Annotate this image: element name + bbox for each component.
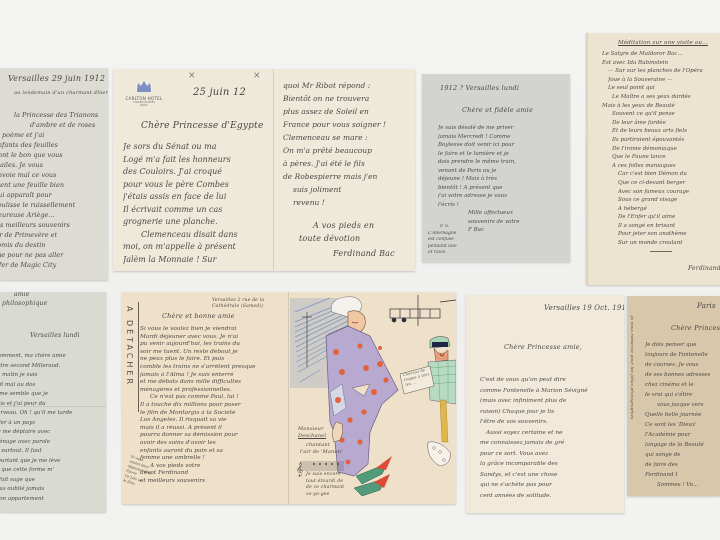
handwritten-line: Clemenceau se mare : — [283, 131, 413, 144]
handwritten-line: venant de Paris ou je — [438, 167, 566, 176]
handwritten-line: heureuse Ariège... — [0, 210, 108, 220]
margin-line: pour les jolies — [630, 355, 635, 386]
handwritten-line: De l'ironie démoniaque — [612, 145, 720, 154]
letter-versailles-lundi-2: amie philosophique Versailles lundi Comm… — [0, 292, 106, 512]
handwritten-line: envoie mal ce vous — [0, 170, 108, 180]
handwritten-line: et me débats dans mille difficultés — [140, 379, 288, 387]
handwritten-line: toujours de Fontenelle — [645, 350, 720, 360]
handwritten-line: Souvent ce qu'il pense — [612, 110, 720, 119]
handwritten-line: avoir des soins d'avoir les — [140, 440, 288, 448]
handwritten-line: Mais à les yeux de Beauté — [602, 102, 720, 111]
letter-greeting: Chère Princesse amie, — [504, 343, 582, 351]
handwritten-line: De leur âme fardée — [612, 119, 720, 128]
handwritten-line: Que le Faune lance — [612, 153, 720, 162]
handwritten-line: A hébergé — [618, 205, 720, 214]
handwritten-line: qui apparaît pour — [0, 190, 108, 200]
letter-greeting: Chère Princesse — [671, 324, 720, 332]
handwritten-line: Avec son fameux courage — [618, 188, 720, 197]
train-sketch — [390, 295, 456, 326]
letter-body: Si vous le voulez bien je viendraiMardi … — [140, 326, 288, 485]
handwritten-line: enfants auront du pain et sa — [140, 448, 288, 456]
letter-versailles-october: Versailles 19 Oct. 1912 Chère Princesse … — [466, 295, 624, 513]
margin-line: Je vous remercie — [630, 316, 635, 353]
letter-header: amie philosophique — [2, 292, 47, 308]
header-line: philosophique — [2, 299, 47, 308]
handwritten-line: ce matin je suis — [0, 371, 106, 381]
letter-header: Paris — [697, 302, 716, 310]
handwritten-line: Ferdinand I — [645, 470, 720, 480]
fold-line — [273, 69, 274, 271]
handwritten-line: le vrai qui s'étire — [645, 390, 720, 400]
handwritten-line: Aussi soyez certaine et ne — [486, 428, 624, 439]
handwritten-line: de ses bonnes adresses — [645, 370, 720, 380]
handwritten-line: Car c'est bien Démon du — [618, 170, 720, 179]
masked-figure — [428, 336, 456, 466]
song-lyrics: Je suis encore tout étourdi de de ce cha… — [306, 472, 344, 498]
letter-versailles-june-29: Versailles 29 juin 1912 au lendemain d'u… — [0, 68, 108, 280]
handwritten-line: pu venir aujourd'hui, les trains du — [140, 341, 288, 349]
handwritten-line: et surtout. Il faut — [0, 447, 106, 457]
letter-body: la Princesse des Trianonsd'ambre et de r… — [0, 110, 108, 270]
handwritten-line: Sandys, et c'est une chose — [480, 470, 624, 481]
handwritten-line: Pour jeter son anathème — [618, 230, 720, 239]
handwritten-line: Le Maître a ses yeux dardés — [612, 93, 720, 102]
handwritten-line: l'écris ! — [438, 201, 566, 210]
handwritten-line: la grâce incomparable des — [480, 459, 624, 470]
margin-line: photographies — [630, 388, 635, 420]
handwritten-line: Il a touché dix millions pour poser — [140, 402, 288, 410]
letter-illustrated-deschanel: A DÉTACHER Versailles 2 rue de la Cathéd… — [122, 292, 456, 504]
handwritten-line: j'ai votre adresse je vous — [438, 192, 566, 201]
handwritten-line: Le seul point qui — [608, 84, 720, 93]
handwritten-line: j'étais assis en face de lui — [123, 191, 271, 204]
handwritten-line: cerveau. Oh ! qu'il me tarde — [0, 409, 106, 419]
handwritten-line: A ces folles maniaques — [612, 162, 720, 171]
handwritten-line: a fait sage que — [0, 476, 106, 486]
divider — [650, 251, 672, 252]
x-mark: × — [253, 71, 261, 81]
letter-body: Je suis désolé de me priverjamais Mercre… — [438, 124, 566, 235]
handwritten-line: dont le bon que vous — [0, 150, 108, 160]
handwritten-line: suis joliment — [293, 183, 413, 196]
poem-title: Méditation sur une visite au... — [618, 40, 708, 46]
postscript: P. S.L'Allemagneest confusependant uneet… — [428, 224, 488, 257]
handwritten-line: Ce n'est pas comme Paul, lui ! — [150, 394, 288, 402]
handwritten-line: Est avec Ida Rubinstein — [602, 59, 720, 68]
handwritten-line: On m'a prêté beaucoup — [283, 144, 413, 157]
handwritten-line: Quelle belle journée — [645, 410, 720, 420]
handwritten-line: grognerie une planche. — [123, 216, 271, 229]
handwritten-line: Joue à la Souveraine — — [608, 76, 720, 85]
fold-line — [288, 292, 289, 504]
letter-body: C'est de vous qu'on peut direcomme Fonte… — [480, 375, 624, 501]
letter-date: Versailles 2 rue de la Cathédrale (Samed… — [212, 298, 284, 310]
handwritten-line: Ce sont les 'Dieux' — [645, 420, 720, 430]
caption-line: Monsieur — [298, 426, 326, 433]
handwritten-line: mais il a réussi. A présent il — [140, 425, 288, 433]
handwritten-line: à pères. J'ai été le fils — [283, 157, 413, 170]
handwritten-line: Sommes ! Vo... — [657, 480, 720, 490]
handwritten-line: d'ambre et de roses — [30, 120, 108, 130]
letter-date: Versailles 19 Oct. 1912 — [544, 303, 624, 313]
date-line: Versailles 19 Oct. 1912 — [544, 303, 624, 313]
handwritten-line: vous jusque vers — [657, 400, 720, 410]
handwritten-line: coulisse le ruissellement — [0, 200, 108, 210]
handwritten-line: moi, on m'appelle à présent — [123, 241, 271, 254]
handwritten-line: bientôt ! A présent que — [438, 184, 566, 193]
handwritten-line: chez cinéma et le — [645, 380, 720, 390]
letter-greeting: Chère et fidèle amie — [462, 106, 533, 114]
handwritten-line: comble les trains ne s'arrêtent presque — [140, 364, 288, 372]
handwritten-line: mon appartement — [0, 495, 106, 505]
handwritten-line: d'ailes. Je vous — [0, 160, 108, 170]
lyric-line: Je suis encore — [306, 472, 344, 479]
letterhead: CARLTON HOTEL CHAMPS-ÉLYSÉES PARIS — [119, 77, 169, 107]
handwritten-line: pourra donner sa démission pour — [140, 432, 288, 440]
hotel-city: PARIS — [119, 104, 169, 107]
caption-line: chantant — [306, 442, 343, 449]
handwritten-line: Que ce ci-devant berger — [618, 179, 720, 188]
detach-label: A DÉTACHER — [124, 302, 139, 412]
handwritten-line: Clemenceau disait dans — [141, 229, 271, 242]
handwritten-line: votre second Milleraud. — [0, 362, 106, 372]
handwritten-line: C'est de vous qu'on peut dire — [480, 375, 624, 386]
handwritten-line: plus oublié jamais — [0, 485, 106, 495]
handwritten-line: Il écrivait comme un cas — [123, 204, 271, 217]
crown-icon — [136, 80, 152, 92]
handwritten-line: Enfer de Magic City — [0, 260, 108, 270]
handwritten-line: Comment, ma chère amie — [0, 352, 106, 362]
closing-line: toute dévotion — [299, 232, 374, 245]
handwritten-line: jamais à l'Alma ! Je suis enterré — [140, 372, 288, 380]
handwritten-line: quoi Mr Ribot répond : — [283, 79, 413, 92]
handwritten-line: enfants des feuilles — [0, 140, 108, 150]
handwritten-line: le faire et le lumière et je — [438, 150, 566, 159]
letter-date: Versailles lundi — [30, 332, 80, 339]
handwritten-line: et que cette forme m' — [0, 466, 106, 476]
caption-line: l'air de 'Manon' — [300, 449, 343, 456]
caricature-caption-name: Monsieur Deschanel — [298, 426, 326, 440]
closing-line: A vos pieds en — [313, 219, 374, 232]
handwritten-line: Bientôt on ne trouvera — [283, 92, 413, 105]
handwritten-line: Le Satyre de Maldoror Bac... — [602, 50, 720, 59]
lyric-line: vo-ya-gee — [306, 492, 344, 499]
caricature-caption-action: chantant l'air de 'Manon' — [300, 442, 343, 456]
handwritten-line: pourtant que je me lève — [0, 457, 106, 467]
handwritten-line: mes meilleurs souvenirs — [0, 220, 108, 230]
handwritten-line: soir me tuent. Un reste debout je — [140, 349, 288, 357]
handwritten-line: Si vous le voulez bien je viendrai — [140, 326, 288, 334]
header-line: amie — [14, 292, 47, 299]
handwritten-line: plus assez de Soleil en — [283, 105, 413, 118]
handwritten-line: soir de Primevère et — [0, 230, 108, 240]
handwritten-line: Et de leurs beaux arts fiels — [612, 127, 720, 136]
letter-paris: Paris Chère Princesse Je dois penser que… — [627, 296, 720, 496]
handwritten-line: Je sors du Sénat ou ma — [123, 141, 271, 154]
handwritten-line: de courses. Je vous — [645, 360, 720, 370]
handwritten-line: déjeune ! Mais à très — [438, 175, 566, 184]
handwritten-line: fait mal au dos — [0, 381, 106, 391]
handwritten-line: dois prendre le même train, — [438, 158, 566, 167]
handwritten-line: qui ne s'achète pas pour — [480, 480, 624, 491]
handwritten-line: cent années de solitude. — [480, 491, 624, 502]
handwritten-line: raison) Chaque jour je lis — [480, 407, 624, 418]
handwritten-line: France pour vous soigner ! — [283, 118, 413, 131]
handwritten-line: femme une ombrelle ! — [140, 455, 288, 463]
handwritten-line: ment une feuille bien — [0, 180, 108, 190]
letter-date: Versailles 29 juin 1912 — [8, 74, 105, 83]
caption-line: Deschanel — [298, 433, 326, 440]
margin-note-vertical: Je vous remercie pour les jolies photogr… — [629, 316, 636, 486]
handwritten-line: ne peux plus le faire. Et puis — [140, 356, 288, 364]
handwritten-line: comme Fontenelle à Marion Sévigné — [480, 386, 624, 397]
letter-closing: A vos pieds en toute dévotion — [313, 219, 374, 245]
handwritten-line: qui songe de — [645, 450, 720, 460]
handwritten-line: ménage avec parole — [0, 438, 106, 448]
handwritten-line: Logé m'a fait les honneurs — [123, 154, 271, 167]
letter-versailles-lundi: 1912 ? Versailles lundi Chère et fidèle … — [422, 74, 570, 262]
handwritten-line: Boylesve doit venir ici pour — [438, 141, 566, 150]
handwritten-line: A vos pieds votre — [150, 463, 288, 471]
letter-greeting: Chère Princesse d'Egypte — [141, 121, 263, 131]
handwritten-line: revenu ! — [293, 196, 413, 209]
handwritten-line: Ils partiraient épouvantés — [612, 136, 720, 145]
handwritten-line: Sous ce grand visage — [618, 196, 720, 205]
letter-greeting: Chère et bonne amie — [162, 312, 235, 320]
handwritten-line: la Princesse des Trianons — [14, 110, 108, 120]
letter-body: Je dois penser quetoujours de Fontenelle… — [645, 340, 720, 490]
handwritten-line: et ravie — [428, 250, 488, 257]
handwritten-line: il me semble que je — [0, 390, 106, 400]
handwritten-line: De l'Enfer qu'il aime — [618, 213, 720, 222]
svg-text:𝄞: 𝄞 — [296, 462, 303, 476]
handwritten-line: la poème et j'ai — [0, 130, 108, 140]
handwritten-line: sage pour ne pas aller — [0, 250, 108, 260]
handwritten-line: promis du destin — [0, 240, 108, 250]
x-mark: × — [188, 71, 196, 81]
handwritten-line: Je dois penser que — [645, 340, 720, 350]
handwritten-line: Jalèm la Monnaie ! Sur — [123, 254, 271, 267]
handwritten-line: pour ce sort. Vous avez — [480, 449, 624, 460]
letter-subtitle: au lendemain d'un charmant dîner — [14, 90, 108, 96]
handwritten-line: Il a songé en brisant — [618, 222, 720, 231]
poem-body: Le Satyre de Maldoror Bac...Est avec Ida… — [602, 50, 720, 248]
signature: Ferdinand Bac — [333, 249, 395, 258]
handwritten-line: Mille affectueux — [468, 209, 566, 218]
lyric-line: de ce charmant — [306, 485, 344, 492]
handwritten-line: langage de la Beauté — [645, 440, 720, 450]
signature: Ferdinand — [688, 265, 720, 272]
letter-body: Comment, ma chère amievotre second Mille… — [0, 352, 106, 504]
handwritten-line: (mais avec infiniment plus de — [480, 396, 624, 407]
handwritten-line: ménagères et professionnelles. — [140, 387, 288, 395]
handwritten-line: pour vous le père Combes — [123, 179, 271, 192]
handwritten-line: de Robespierre mais j'en — [283, 170, 413, 183]
handwritten-line: Je suis désolé de me priver — [438, 124, 566, 133]
detach-text: A DÉTACHER — [125, 306, 134, 387]
letter-body-left: Je sors du Sénat ou maLogé m'a fait les … — [123, 141, 271, 266]
handwritten-line: le film de Montargis à la Société — [140, 410, 288, 418]
handwritten-line: l'être de vos souvenirs. — [480, 417, 624, 428]
handwritten-line: de faire des — [645, 460, 720, 470]
handwritten-line: jamais Mercredi ! Comme — [438, 133, 566, 142]
handwritten-line: me connaissez jamais de gré — [480, 438, 624, 449]
handwritten-line: ne me déplaire avec — [0, 428, 106, 438]
handwritten-line: aller à un pays — [0, 419, 106, 429]
handwritten-line: l'Académie pour — [645, 430, 720, 440]
letter-carlton-hotel: CARLTON HOTEL CHAMPS-ÉLYSÉES PARIS × × 2… — [113, 69, 415, 271]
handwritten-line: des Couloirs. J'ai croqué — [123, 166, 271, 179]
handwritten-line: — Sur sur les planches de l'Opéra — [608, 67, 720, 76]
letter-date: 25 juin 12 — [193, 87, 246, 98]
letter-body-right: quoi Mr Ribot répond :Bientôt on ne trou… — [283, 79, 413, 209]
handwritten-line: Los Angeles. Il risquait sa vie — [140, 417, 288, 425]
handwritten-line: Sur un monde croulant — [618, 239, 720, 248]
letter-poem-meditation: Méditation sur une visite au... Le Satyr… — [586, 33, 720, 285]
letter-header: 1912 ? Versailles lundi — [440, 84, 519, 92]
handwritten-line: Mardi déjeuner avec vous. Je n'ai — [140, 334, 288, 342]
handwritten-line: suis et j'ai peur du — [0, 400, 106, 410]
